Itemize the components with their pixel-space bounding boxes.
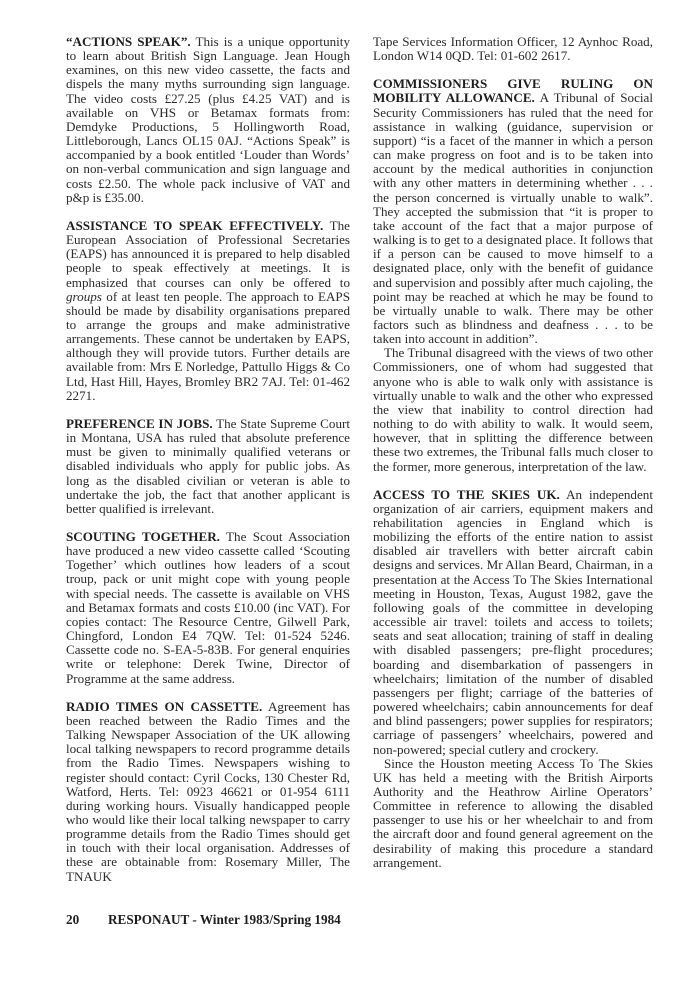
article-actions-speak: “ACTIONS SPEAK”. This is a unique opport…: [66, 35, 350, 205]
article-radio-times-on-cassette: RADIO TIMES ON CASSETTE. Agreement has b…: [66, 700, 350, 884]
article-access-to-the-skies: ACCESS TO THE SKIES UK. An independent o…: [373, 488, 653, 870]
left-column: “ACTIONS SPEAK”. This is a unique opport…: [66, 35, 350, 884]
article-text: The State Supreme Court in Montana, USA …: [66, 416, 350, 516]
article-body: RADIO TIMES ON CASSETTE. Agreement has b…: [66, 700, 350, 884]
article-text: Agreement has been reached between the R…: [66, 699, 350, 884]
article-text: An independent organization of air carri…: [373, 487, 653, 757]
running-footer: RESPONAUT - Winter 1983/Spring 1984: [108, 912, 341, 927]
article-body: “ACTIONS SPEAK”. This is a unique opport…: [66, 35, 350, 205]
article-mobility-allowance: COMMISSIONERS GIVE RULING ON MOBILITY AL…: [373, 77, 653, 473]
article-heading: “ACTIONS SPEAK”.: [66, 34, 191, 49]
article-body: SCOUTING TOGETHER. The Scout Association…: [66, 530, 350, 686]
article-paragraph: Since the Houston meeting Access To The …: [373, 757, 653, 870]
article-body: PREFERENCE IN JOBS. The State Supreme Co…: [66, 417, 350, 516]
article-body: COMMISSIONERS GIVE RULING ON MOBILITY AL…: [373, 77, 653, 346]
article-body: ASSISTANCE TO SPEAK EFFECTIVELY. The Eur…: [66, 219, 350, 403]
article-assistance-to-speak: ASSISTANCE TO SPEAK EFFECTIVELY. The Eur…: [66, 219, 350, 403]
article-radio-times-continued: Tape Services Information Officer, 12 Ay…: [373, 35, 653, 63]
article-heading: RADIO TIMES ON CASSETTE.: [66, 699, 262, 714]
article-body-continued: Tape Services Information Officer, 12 Ay…: [373, 35, 653, 63]
article-text: This is a unique opportunity to learn ab…: [66, 34, 350, 205]
article-body: ACCESS TO THE SKIES UK. An independent o…: [373, 488, 653, 757]
page-number: 20: [66, 912, 108, 928]
article-heading: SCOUTING TOGETHER.: [66, 529, 220, 544]
article-text: The Scout Association have produced a ne…: [66, 529, 350, 686]
article-paragraph: The Tribunal disagreed with the views of…: [373, 346, 653, 473]
article-heading: ACCESS TO THE SKIES UK.: [373, 487, 560, 502]
article-preference-in-jobs: PREFERENCE IN JOBS. The State Supreme Co…: [66, 417, 350, 516]
article-scouting-together: SCOUTING TOGETHER. The Scout Association…: [66, 530, 350, 686]
page-footer: 20RESPONAUT - Winter 1983/Spring 1984: [66, 912, 341, 928]
emphasis-text: groups: [66, 289, 102, 304]
right-column: Tape Services Information Officer, 12 Ay…: [373, 35, 653, 884]
article-text: of at least ten people. The approach to …: [66, 289, 350, 403]
article-heading: PREFERENCE IN JOBS.: [66, 416, 213, 431]
article-text: A Tribunal of Social Security Commission…: [373, 90, 653, 346]
article-heading: ASSISTANCE TO SPEAK EFFECTIVELY.: [66, 218, 323, 233]
